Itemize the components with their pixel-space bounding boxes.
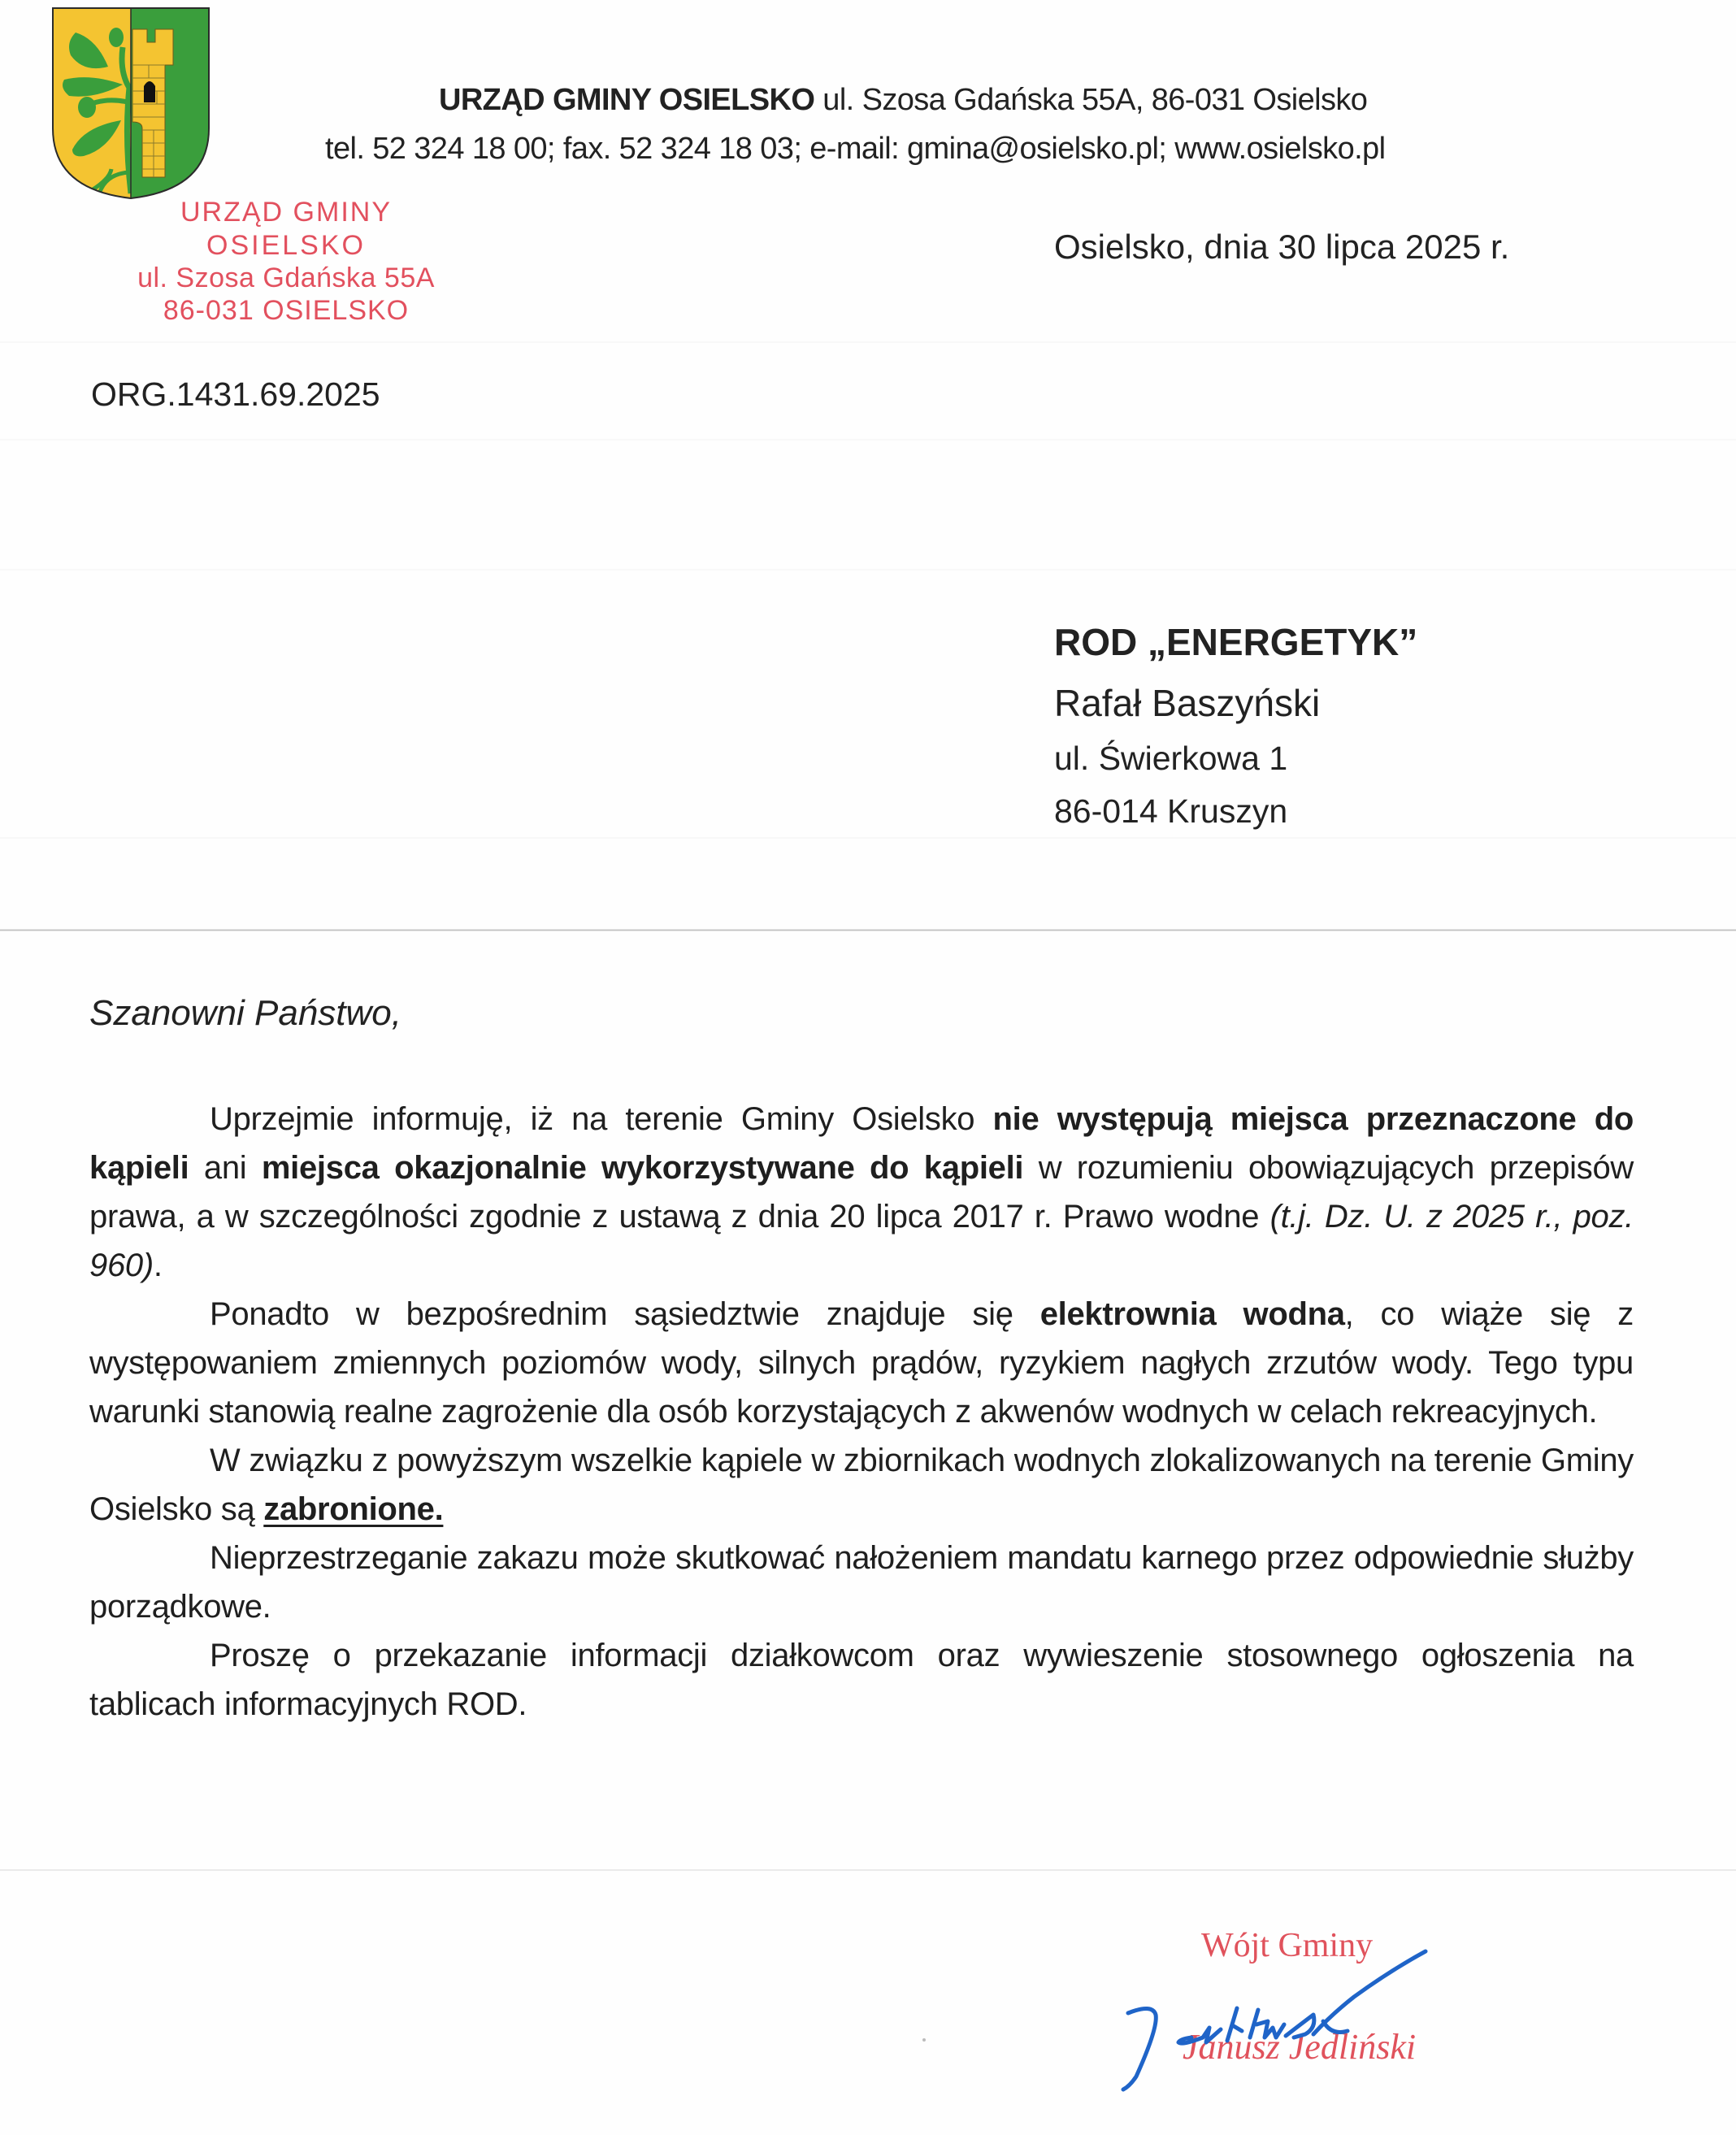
letterhead-address: ul. Szosa Gdańska 55A, 86-031 Osielsko bbox=[814, 83, 1367, 117]
body-paragraph: Proszę o przekazanie informacji działkow… bbox=[89, 1631, 1634, 1729]
scan-artifact bbox=[0, 1869, 1736, 1871]
recipient-name: Rafał Baszyński bbox=[1054, 681, 1320, 725]
paper-texture bbox=[0, 439, 1736, 440]
letter-body: Uprzejmie informuję, iż na terenie Gminy… bbox=[89, 1095, 1634, 1729]
paper-texture bbox=[0, 569, 1736, 571]
recipient-street: ul. Świerkowa 1 bbox=[1054, 740, 1287, 778]
body-paragraph: Nieprzestrzeganie zakazu może skutkować … bbox=[89, 1534, 1634, 1631]
letter-date: Osielsko, dnia 30 lipca 2025 r. bbox=[1054, 228, 1509, 267]
office-stamp-line: OSIELSKO bbox=[115, 230, 457, 262]
body-emphasis: miejsca okazjonalnie wykorzystywane do k… bbox=[262, 1150, 1023, 1186]
body-text: ani bbox=[189, 1150, 261, 1186]
paper-texture bbox=[0, 837, 1736, 839]
office-stamp-line: ul. Szosa Gdańska 55A bbox=[115, 263, 457, 294]
recipient-city: 86-014 Kruszyn bbox=[1054, 792, 1287, 831]
body-paragraph: Ponadto w bezpośrednim sąsiedztwie znajd… bbox=[89, 1290, 1634, 1436]
municipal-coat-of-arms-icon bbox=[51, 7, 210, 200]
prohibition-emphasis: zabronione. bbox=[263, 1491, 443, 1527]
body-paragraph: W związku z powyższym wszelkie kąpiele w… bbox=[89, 1436, 1634, 1534]
body-paragraph: Uprzejmie informuję, iż na terenie Gminy… bbox=[89, 1095, 1634, 1290]
body-emphasis: elektrownia wodna bbox=[1040, 1296, 1345, 1332]
body-text: . bbox=[154, 1248, 163, 1283]
recipient-organization: ROD „ENERGETYK” bbox=[1054, 620, 1417, 664]
letterhead-org-name: URZĄD GMINY OSIELSKO bbox=[439, 83, 814, 117]
letterhead-contact-line: tel. 52 324 18 00; fax. 52 324 18 03; e-… bbox=[325, 132, 1385, 167]
handwritten-signature-icon bbox=[1113, 1946, 1439, 2093]
paper-texture bbox=[0, 341, 1736, 343]
salutation: Szanowni Państwo, bbox=[89, 993, 401, 1034]
office-stamp-line: URZĄD GMINY bbox=[115, 197, 457, 228]
reference-number: ORG.1431.69.2025 bbox=[91, 375, 380, 414]
office-stamp-line: 86-031 OSIELSKO bbox=[115, 295, 457, 327]
paper-fold-line bbox=[0, 929, 1736, 931]
body-text: Ponadto w bezpośrednim sąsiedztwie znajd… bbox=[210, 1296, 1040, 1332]
letterhead-address-line: URZĄD GMINY OSIELSKO ul. Szosa Gdańska 5… bbox=[439, 83, 1367, 118]
paper-speck bbox=[922, 2038, 926, 2042]
body-text: Uprzejmie informuję, iż na terenie Gminy… bbox=[210, 1101, 993, 1137]
